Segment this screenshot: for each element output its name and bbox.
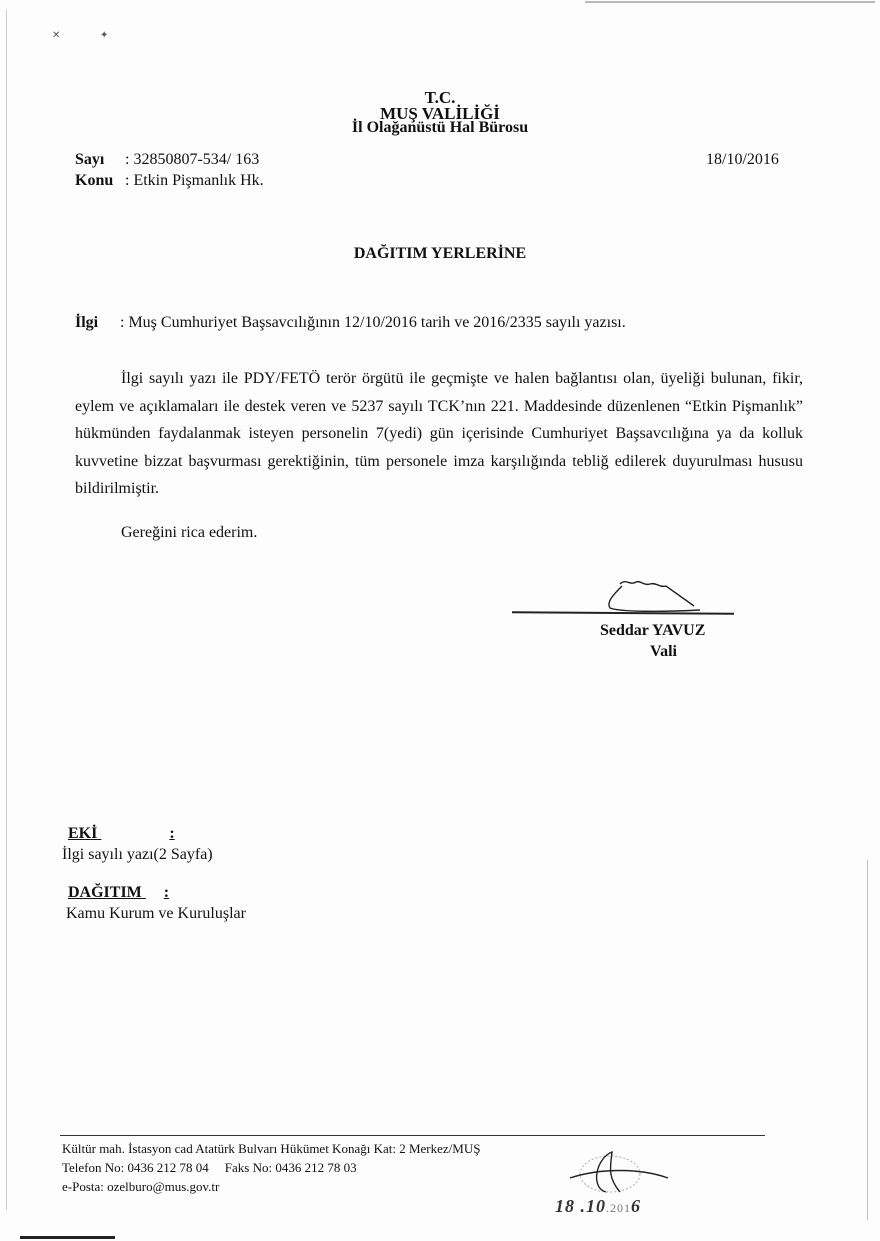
footer-address: Kültür mah. İstasyon cad Atatürk Bulvarı… xyxy=(62,1141,480,1157)
scan-edge-left xyxy=(6,10,7,1210)
ilgi-value: : Muş Cumhuriyet Başsavcılığının 12/10/2… xyxy=(120,314,626,331)
konu-label: Konu xyxy=(75,172,125,190)
scan-speck: ✦ xyxy=(100,30,108,41)
document-page: ✕ ✦ T.C. MUŞ VALİLİĞİ İl Olağanüstü Hal … xyxy=(0,0,880,1241)
footer-email: e-Posta: ozelburo@mus.gov.tr xyxy=(62,1179,219,1195)
konu-value: : Etkin Pişmanlık Hk. xyxy=(125,172,264,189)
scan-edge-top xyxy=(585,1,875,3)
closing-text: Gereğini rica ederim. xyxy=(121,524,257,542)
document-date: 18/10/2016 xyxy=(706,151,779,169)
stamp-day-month: 18 .10 xyxy=(555,1196,606,1216)
stamp-date: 18 .10.2016 xyxy=(555,1196,641,1217)
scan-edge-right xyxy=(867,860,868,1220)
footer-contact: Telefon No: 0436 212 78 04Faks No: 0436 … xyxy=(62,1160,357,1176)
document-number: Sayı: 32850807-534/ 163 xyxy=(75,151,259,169)
scan-speck: ✕ xyxy=(52,30,60,41)
receipt-stamp-icon xyxy=(560,1148,670,1198)
distribution-underline xyxy=(142,884,164,902)
body-paragraph: İlgi sayılı yazı ile PDY/FETÖ terör örgü… xyxy=(75,365,803,503)
signatory-title: Vali xyxy=(650,643,677,661)
document-subject: Konu: Etkin Pişmanlık Hk. xyxy=(75,172,264,190)
body-text: İlgi sayılı yazı ile PDY/FETÖ terör örgü… xyxy=(75,365,803,503)
attachments-value: İlgi sayılı yazı(2 Sayfa) xyxy=(62,846,213,864)
footer-phone: Telefon No: 0436 212 78 04 xyxy=(62,1160,209,1175)
attachments-underline xyxy=(97,825,169,843)
distribution-heading: DAĞITIM : xyxy=(68,884,169,902)
footer-divider xyxy=(60,1135,765,1136)
header-department: İl Olağanüstü Hal Bürosu xyxy=(0,119,880,137)
attachments-label: EKİ xyxy=(68,825,97,842)
attachments-colon: : xyxy=(169,825,174,842)
distribution-label: DAĞITIM xyxy=(68,884,142,901)
signatory-name: Seddar YAVUZ xyxy=(600,622,705,640)
stamp-year-prefix: .201 xyxy=(606,1201,631,1215)
footer-fax: Faks No: 0436 212 78 03 xyxy=(225,1160,357,1175)
attachments-heading: EKİ : xyxy=(68,825,175,843)
distribution-colon: : xyxy=(164,884,169,901)
distribution-title: DAĞITIM YERLERİNE xyxy=(0,245,880,263)
sayi-label: Sayı xyxy=(75,151,125,169)
distribution-value: Kamu Kurum ve Kuruluşlar xyxy=(66,905,246,923)
reference-line: İlgi: Muş Cumhuriyet Başsavcılığının 12/… xyxy=(75,314,626,332)
stamp-year-suffix: 6 xyxy=(631,1196,641,1216)
scan-edge-bottom xyxy=(20,1236,115,1239)
sayi-value: : 32850807-534/ 163 xyxy=(125,151,259,168)
ilgi-label: İlgi xyxy=(75,314,120,332)
signature-scribble-icon xyxy=(600,576,710,616)
